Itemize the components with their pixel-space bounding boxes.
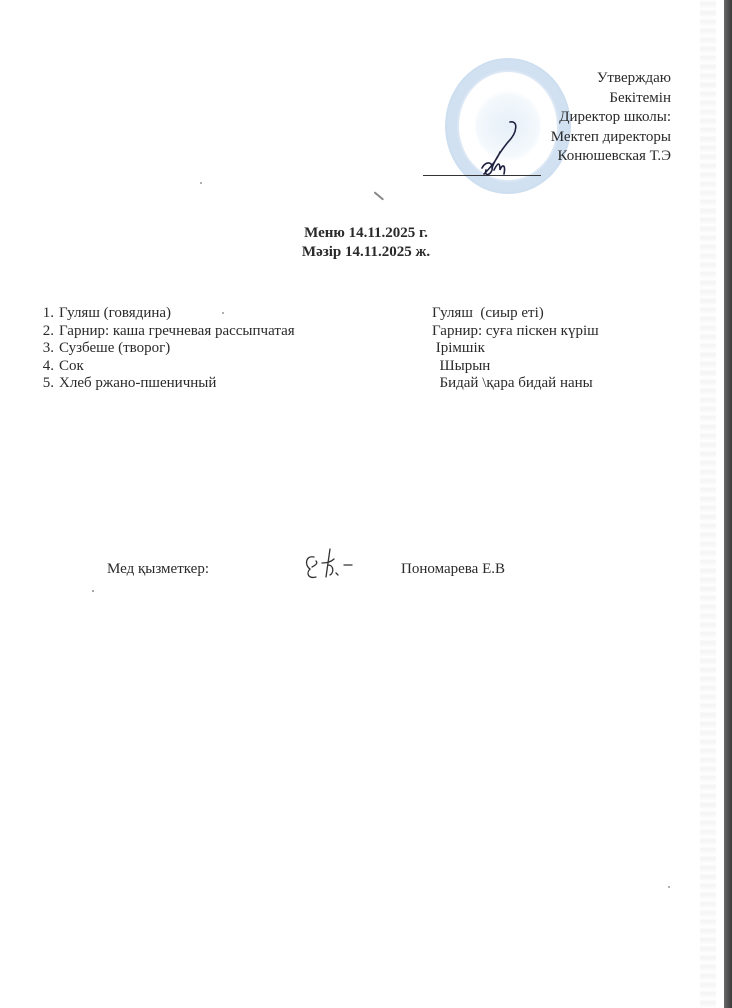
scan-border [724,0,732,1008]
director-name: Конюшевская Т.Э [551,147,671,167]
medic-signature [300,543,360,583]
item-number: 1. [33,305,54,323]
menu-item-kz: Гарнир: суға піскен күріш [432,323,599,341]
item-text: Гарнир: каша гречневая рассыпчатая [59,323,295,339]
scan-artifact [700,0,716,1008]
menu-list-kz: Гуляш (сиыр еті) Гарнир: суға піскен күр… [432,305,599,393]
approval-line: Утверждаю [551,69,671,89]
menu-item: 3.Сузбеше (творог) [33,340,295,358]
scan-speck [92,590,94,592]
item-number: 3. [33,340,54,358]
scan-speck [222,312,224,314]
item-number: 2. [33,323,54,341]
menu-item: 5.Хлеб ржано-пшеничный [33,375,295,393]
item-number: 5. [33,375,54,393]
item-text: Гуляш (говядина) [59,305,171,321]
approval-line: Директор школы: [551,108,671,128]
menu-item: 1.Гуляш (говядина) [33,305,295,323]
item-number: 4. [33,358,54,376]
approval-line: Мектеп директоры [551,128,671,148]
menu-item: 4.Сок [33,358,295,376]
medic-name: Пономарева Е.В [401,561,505,578]
menu-item: 2.Гарнир: каша гречневая рассыпчатая [33,323,295,341]
scan-mark [374,191,384,200]
item-text: Сок [59,358,84,374]
title-ru: Меню 14.11.2025 г. [0,224,732,243]
director-signature [470,118,530,180]
title-kz: Мәзір 14.11.2025 ж. [0,243,732,262]
scan-speck [668,886,670,888]
approval-line: Бекітемін [551,89,671,109]
menu-list-ru: 1.Гуляш (говядина) 2.Гарнир: каша гречне… [33,305,295,393]
menu-item-kz: Ірімшік [432,340,599,358]
menu-item-kz: Гуляш (сиыр еті) [432,305,599,323]
approval-block: Утверждаю Бекітемін Директор школы: Мект… [551,69,671,167]
menu-item-kz: Бидай \қара бидай наны [432,375,599,393]
menu-title: Меню 14.11.2025 г. Мәзір 14.11.2025 ж. [0,224,732,262]
menu-item-kz: Шырын [432,358,599,376]
item-text: Сузбеше (творог) [59,340,170,356]
scan-speck [200,182,202,184]
item-text: Хлеб ржано-пшеничный [59,375,216,391]
medic-label: Мед қызметкер: [107,561,209,578]
